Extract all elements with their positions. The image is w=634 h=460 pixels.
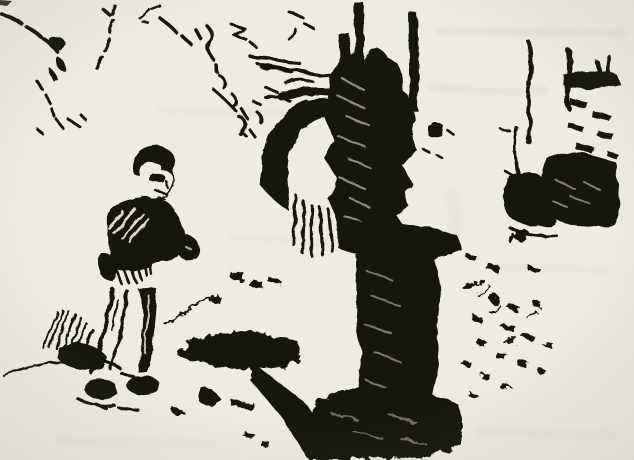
ruins-illustration bbox=[0, 0, 634, 460]
scanned-page bbox=[0, 0, 634, 460]
page-vignette bbox=[0, 0, 634, 460]
